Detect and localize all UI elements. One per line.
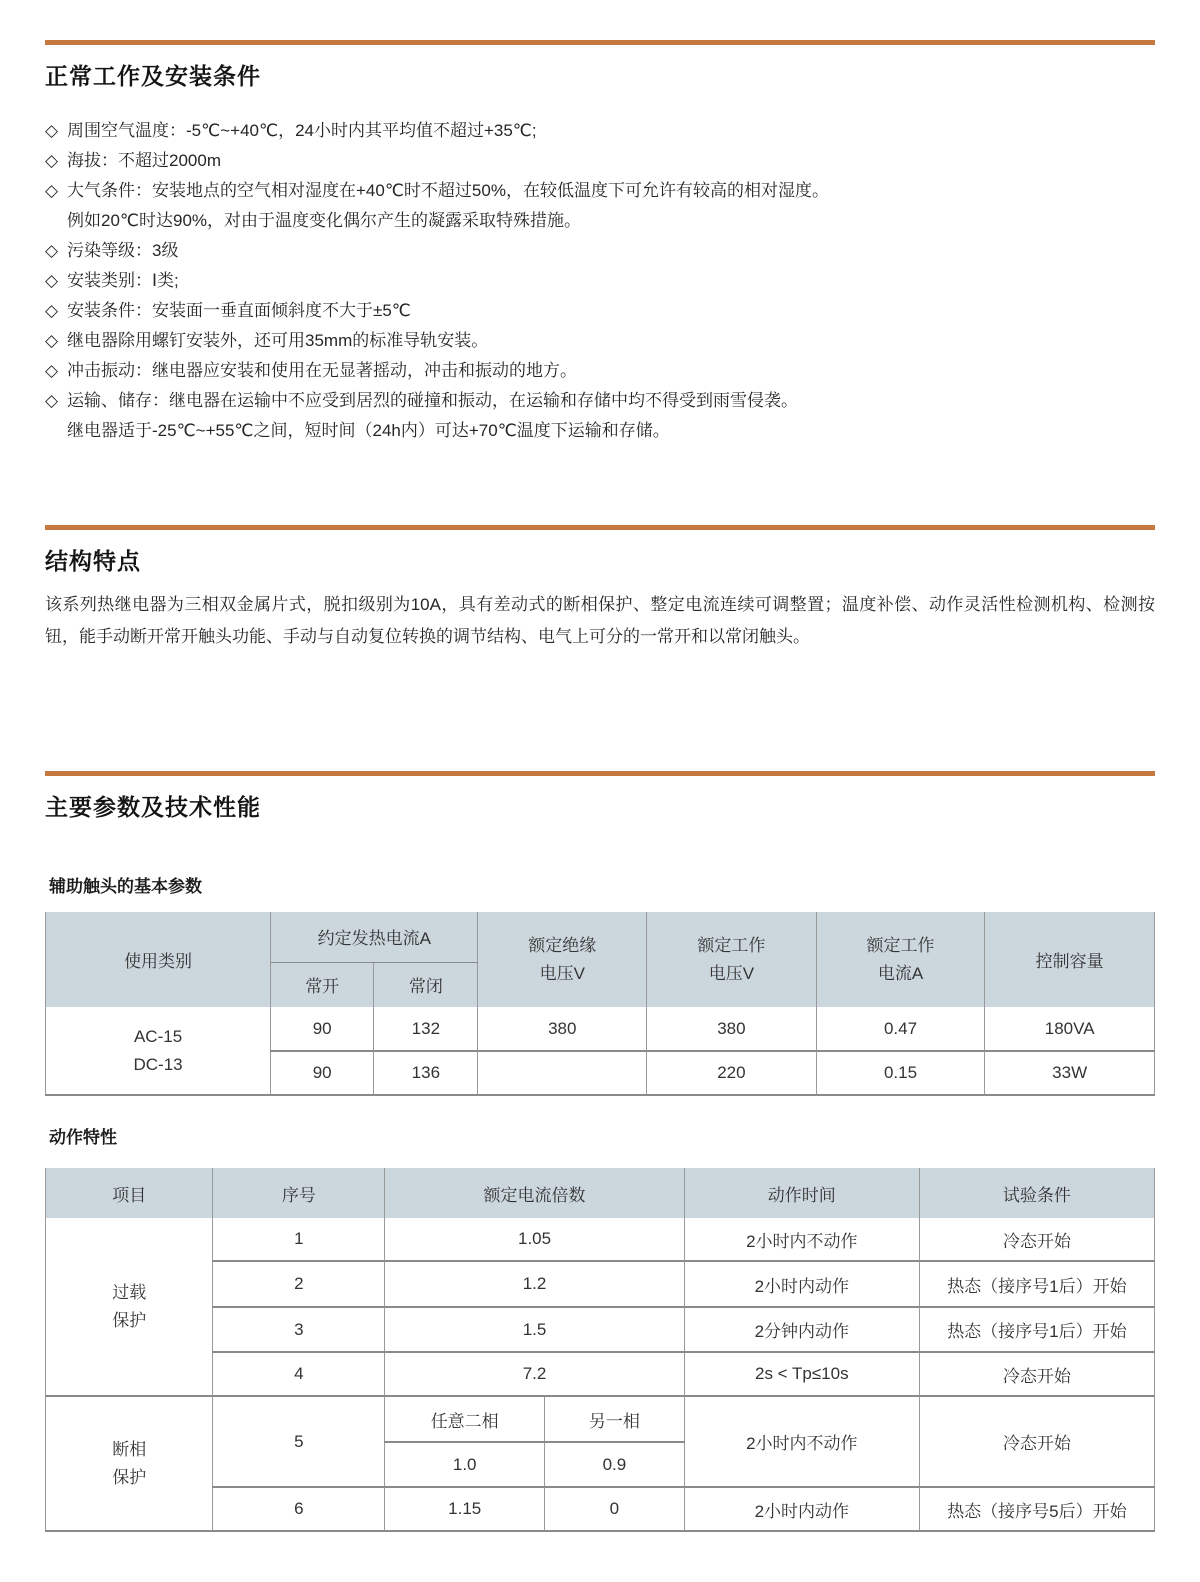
diamond-bullet-icon: ◇ xyxy=(45,176,67,206)
section-title-structure: 结构特点 xyxy=(45,547,1155,575)
table-cell: 90 xyxy=(271,1051,374,1095)
table-cell: 0.47 xyxy=(816,1007,985,1051)
condition-text: 例如20℃时达90%，对由于温度变化偶尔产生的凝露采取特殊措施。 xyxy=(67,211,581,230)
condition-text: 安装条件：安装面一垂直面倾斜度不大于±5℃ xyxy=(67,301,411,320)
table-cell: 3 xyxy=(213,1307,385,1352)
table-row: 断相 保护 5 任意二相 另一相 2小时内不动作 冷态开始 xyxy=(46,1396,1155,1442)
header-cell-seq: 序号 xyxy=(213,1168,385,1218)
table-cell: 1.5 xyxy=(385,1307,684,1352)
action-table-subtitle: 动作特性 xyxy=(45,1127,1155,1149)
table-cell-empty xyxy=(478,1051,647,1095)
table-cell: 136 xyxy=(374,1051,478,1095)
aux-contacts-table: 使用类别 约定发热电流A 额定绝缘 电压V 额定工作 电压V 额定工作 电流A … xyxy=(45,912,1155,1096)
diamond-bullet-icon: ◇ xyxy=(45,296,67,326)
header-cell-working-current: 额定工作 电流A xyxy=(816,912,985,1007)
diamond-bullet-icon: ◇ xyxy=(45,356,67,386)
header-cell-action-time: 动作时间 xyxy=(684,1168,919,1218)
header-cell-item: 项目 xyxy=(46,1168,213,1218)
list-item: ◇污染等级：3级 xyxy=(45,236,1155,266)
section-title-parameters: 主要参数及技术性能 xyxy=(45,793,1155,821)
table-cell: 90 xyxy=(271,1007,374,1051)
condition-text: 运输、储存：继电器在运输中不应受到居烈的碰撞和振动，在运输和存储中均不得受到雨雪… xyxy=(67,391,798,410)
header-cell-thermal-current: 约定发热电流A xyxy=(271,912,478,962)
header-cell-insulation-voltage: 额定绝缘 电压V xyxy=(478,912,647,1007)
table-cell: 冷态开始 xyxy=(919,1396,1154,1487)
table-cell: 冷态开始 xyxy=(919,1218,1154,1261)
table-cell: 1 xyxy=(213,1218,385,1261)
list-item: ◇海拔：不超过2000m xyxy=(45,146,1155,176)
table-cell: 2s < Tp≤10s xyxy=(684,1352,919,1396)
list-item: ◇冲击振动：继电器应安装和使用在无显著摇动，冲击和振动的地方。 xyxy=(45,356,1155,386)
table-cell: 380 xyxy=(647,1007,817,1051)
usage-category-label: AC-15 DC-13 xyxy=(46,1007,271,1095)
table-cell: 1.05 xyxy=(385,1218,684,1261)
table-cell: 另一相 xyxy=(545,1396,685,1442)
table-cell: 热态（接序号5后）开始 xyxy=(919,1487,1154,1531)
table-cell: 6 xyxy=(213,1487,385,1531)
table-cell: 180VA xyxy=(985,1007,1155,1051)
table-cell: 2小时内动作 xyxy=(684,1487,919,1531)
table-cell: 冷态开始 xyxy=(919,1352,1154,1396)
table-cell: 2分钟内动作 xyxy=(684,1307,919,1352)
header-cell-usage-category: 使用类别 xyxy=(46,912,271,1007)
table-cell: 任意二相 xyxy=(385,1396,545,1442)
diamond-bullet-icon: ◇ xyxy=(45,236,67,266)
section-divider xyxy=(45,40,1155,45)
condition-text: 周围空气温度：-5℃~+40℃，24小时内其平均值不超过+35℃; xyxy=(67,121,537,140)
header-cell-normally-closed: 常闭 xyxy=(374,962,478,1007)
table-cell: 0.15 xyxy=(816,1051,985,1095)
table-cell: 1.15 xyxy=(385,1487,545,1531)
condition-text: 冲击振动：继电器应安装和使用在无显著摇动，冲击和振动的地方。 xyxy=(67,361,577,380)
table-cell: 热态（接序号1后）开始 xyxy=(919,1261,1154,1307)
diamond-bullet-icon: ◇ xyxy=(45,146,67,176)
table-cell: 2小时内不动作 xyxy=(684,1218,919,1261)
table-cell: 2小时内不动作 xyxy=(684,1396,919,1487)
phase-loss-protection-label: 断相 保护 xyxy=(46,1396,213,1531)
table-cell: 220 xyxy=(647,1051,817,1095)
diamond-bullet-icon: ◇ xyxy=(45,266,67,296)
action-characteristics-table: 项目 序号 额定电流倍数 动作时间 试验条件 过载 保护 1 1.05 2小时内… xyxy=(45,1168,1155,1532)
condition-text: 安装类别：Ⅰ类; xyxy=(67,271,179,290)
list-item: ◇安装条件：安装面一垂直面倾斜度不大于±5℃ xyxy=(45,296,1155,326)
table-cell: 380 xyxy=(478,1007,647,1051)
table-cell: 132 xyxy=(374,1007,478,1051)
diamond-bullet-icon: ◇ xyxy=(45,386,67,416)
section-title-conditions: 正常工作及安装条件 xyxy=(45,62,1155,90)
diamond-bullet-icon: ◇ xyxy=(45,326,67,356)
condition-text: 海拔：不超过2000m xyxy=(67,151,221,170)
table-cell: 0 xyxy=(545,1487,685,1531)
header-cell-test-condition: 试验条件 xyxy=(919,1168,1154,1218)
table-cell: 0.9 xyxy=(545,1442,685,1487)
list-item: ◇大气条件：安装地点的空气相对湿度在+40℃时不超过50%，在较低温度下可允许有… xyxy=(45,176,1155,206)
list-item: ◇运输、储存：继电器在运输中不应受到居烈的碰撞和振动，在运输和存储中均不得受到雨… xyxy=(45,386,1155,416)
table-cell: 2 xyxy=(213,1261,385,1307)
datasheet-page: 正常工作及安装条件 ◇周围空气温度：-5℃~+40℃，24小时内其平均值不超过+… xyxy=(0,0,1200,1582)
table-cell: 4 xyxy=(213,1352,385,1396)
header-cell-control-capacity: 控制容量 xyxy=(985,912,1155,1007)
table-cell: 1.2 xyxy=(385,1261,684,1307)
table-cell: 2小时内动作 xyxy=(684,1261,919,1307)
list-item: ◇继电器除用螺钉安装外，还可用35mm的标准导轨安装。 xyxy=(45,326,1155,356)
condition-text: 继电器适于-25℃~+55℃之间，短时间（24h内）可达+70℃温度下运输和存储… xyxy=(67,421,670,440)
condition-text: 继电器除用螺钉安装外，还可用35mm的标准导轨安装。 xyxy=(67,331,488,350)
condition-text: 污染等级：3级 xyxy=(67,241,178,260)
table-cell: 1.0 xyxy=(385,1442,545,1487)
header-cell-current-multiple: 额定电流倍数 xyxy=(385,1168,684,1218)
table-cell: 33W xyxy=(985,1051,1155,1095)
table-cell: 热态（接序号1后）开始 xyxy=(919,1307,1154,1352)
condition-text: 大气条件：安装地点的空气相对湿度在+40℃时不超过50%，在较低温度下可允许有较… xyxy=(67,181,829,200)
list-item: ◇周围空气温度：-5℃~+40℃，24小时内其平均值不超过+35℃; xyxy=(45,116,1155,146)
overload-protection-label: 过载 保护 xyxy=(46,1218,213,1396)
section-divider xyxy=(45,771,1155,776)
header-cell-working-voltage: 额定工作 电压V xyxy=(647,912,817,1007)
table-cell: 7.2 xyxy=(385,1352,684,1396)
conditions-list: ◇周围空气温度：-5℃~+40℃，24小时内其平均值不超过+35℃; ◇海拔：不… xyxy=(45,116,1155,446)
list-item: ◇安装类别：Ⅰ类; xyxy=(45,266,1155,296)
table-row: 过载 保护 1 1.05 2小时内不动作 冷态开始 xyxy=(46,1218,1155,1261)
table-row: AC-15 DC-13 90 132 380 380 0.47 180VA xyxy=(46,1007,1155,1051)
list-item-continuation: 例如20℃时达90%，对由于温度变化偶尔产生的凝露采取特殊措施。 xyxy=(45,206,1155,236)
table-cell: 5 xyxy=(213,1396,385,1487)
section-divider xyxy=(45,525,1155,530)
list-item-continuation: 继电器适于-25℃~+55℃之间，短时间（24h内）可达+70℃温度下运输和存储… xyxy=(45,416,1155,446)
structure-description: 该系列热继电器为三相双金属片式，脱扣级别为10A，具有差动式的断相保护、整定电流… xyxy=(45,589,1155,653)
aux-table-subtitle: 辅助触头的基本参数 xyxy=(45,876,1155,898)
header-cell-normally-open: 常开 xyxy=(271,962,374,1007)
diamond-bullet-icon: ◇ xyxy=(45,116,67,146)
